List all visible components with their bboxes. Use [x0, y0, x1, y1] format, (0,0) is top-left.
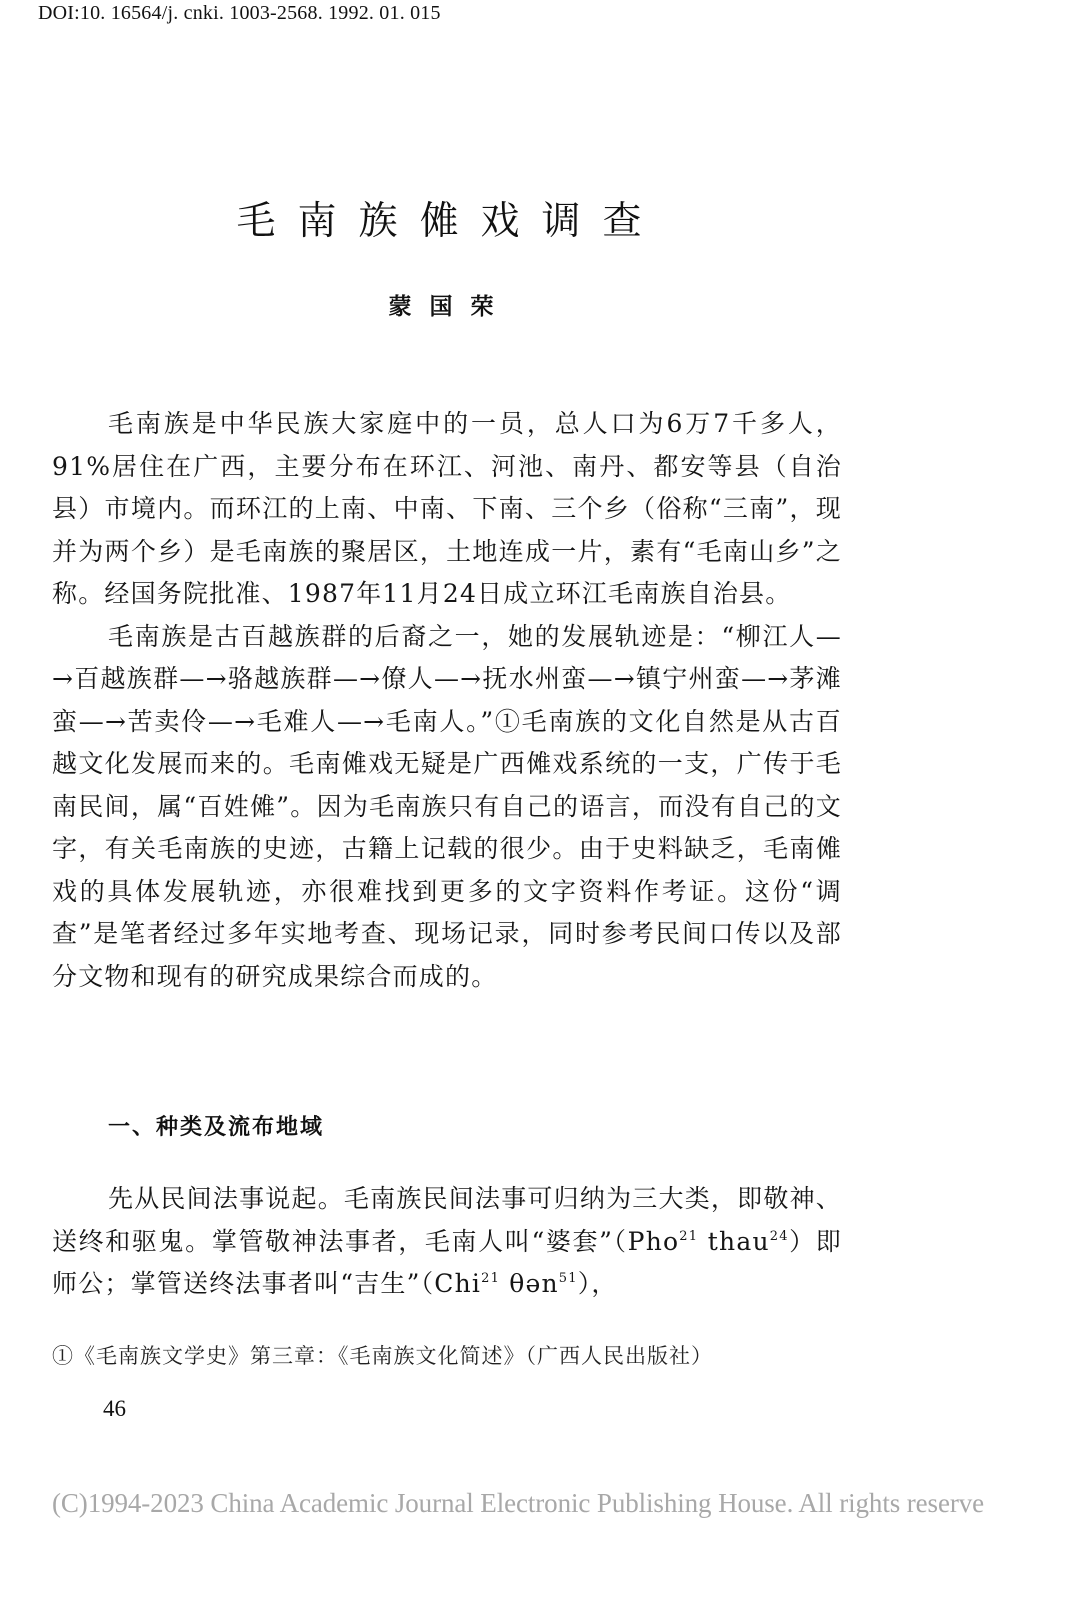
article-title: 毛南族傩戏调查	[0, 190, 900, 246]
tone-superscript: 21	[679, 1229, 698, 1244]
text-segment: ），	[578, 1269, 618, 1298]
paragraph-intro: 毛南族是中华民族大家庭中的一员，总人口为6万7千多人，91%居住在广西，主要分布…	[52, 403, 842, 616]
copyright-watermark: (C)1994-2023 China Academic Journal Elec…	[52, 1488, 984, 1519]
footnote: ①《毛南族文学史》第三章：《毛南族文化简述》（广西人民出版社）	[52, 1340, 713, 1370]
section-body: 先从民间法事说起。毛南族民间法事可归纳为三大类，即敬神、送终和驱鬼。掌管敬神法事…	[52, 1178, 842, 1306]
author-name: 蒙国荣	[0, 288, 900, 321]
doi-header: DOI:10. 16564/j. cnki. 1003-2568. 1992. …	[38, 2, 441, 25]
paragraph-history: 毛南族是古百越族群的后裔之一，她的发展轨迹是：“柳江人—→百越族群—→骆越族群—…	[52, 616, 842, 999]
text-segment: θən	[500, 1269, 559, 1298]
tone-superscript: 21	[481, 1271, 500, 1286]
tone-superscript: 24	[770, 1229, 789, 1244]
text-segment: thau	[698, 1227, 770, 1256]
section-heading: 一、种类及流布地域	[108, 1110, 324, 1141]
tone-superscript: 51	[559, 1271, 578, 1286]
article-body: 毛南族是中华民族大家庭中的一员，总人口为6万7千多人，91%居住在广西，主要分布…	[52, 403, 842, 998]
paragraph-section-1: 先从民间法事说起。毛南族民间法事可归纳为三大类，即敬神、送终和驱鬼。掌管敬神法事…	[52, 1178, 842, 1306]
page-number: 46	[103, 1396, 126, 1422]
